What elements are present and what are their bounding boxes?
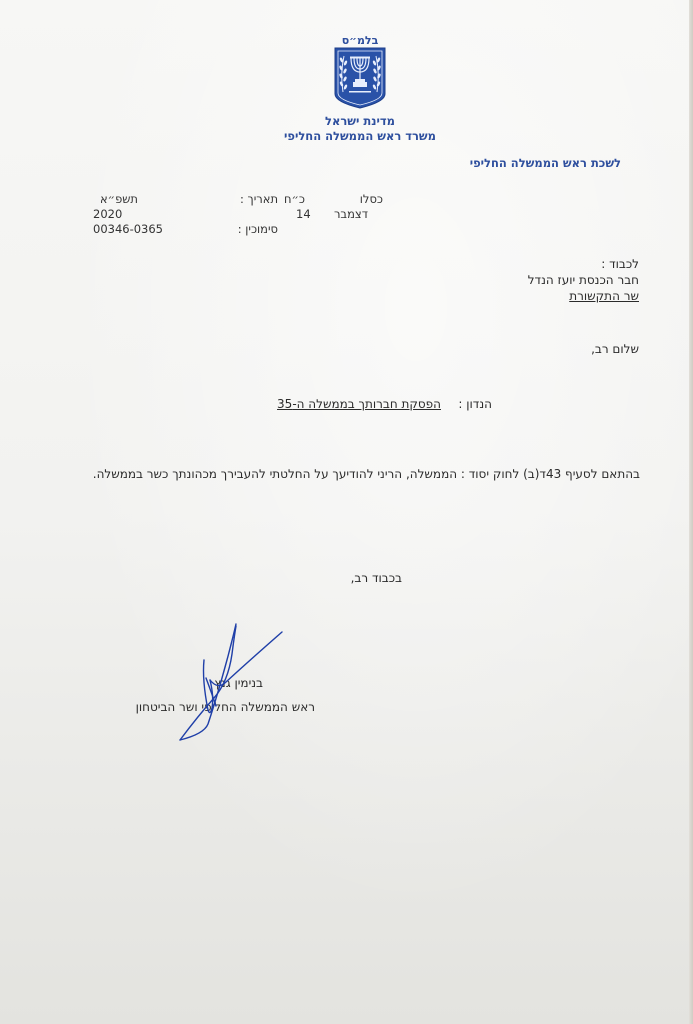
greg-month: דצמבר [334, 207, 368, 221]
hebrew-day: כ״ח [284, 192, 305, 206]
subject-label: הנדון : [458, 397, 492, 411]
letter-page: בלמ״ס [0, 0, 693, 1024]
state-of-israel-emblem-icon [333, 46, 387, 110]
reference-number: 00346-0365 [93, 222, 163, 236]
hebrew-month: כסלו [360, 192, 383, 206]
greg-day: 14 [296, 207, 311, 221]
page-edge [689, 0, 693, 1024]
greeting: שלום רב, [591, 342, 639, 356]
bureau-name: לשכת ראש הממשלה החליפי [470, 156, 621, 170]
handwritten-signature-icon [170, 620, 290, 745]
state-name: מדינת ישראל [280, 114, 440, 128]
reference-label: סימוכין : [238, 222, 278, 236]
recipient-salutation: לכבוד : [601, 257, 639, 271]
greg-year: 2020 [93, 207, 122, 221]
body-paragraph: בהתאם לסעיף 43ד(ב) לחוק יסוד : הממשלה, ה… [80, 461, 640, 487]
recipient-name: חבר הכנסת יועז הנדל [528, 273, 639, 287]
closing: בכבוד רב, [351, 571, 402, 585]
ministry-name: משרד ראש הממשלה החליפי [260, 129, 460, 143]
recipient-title: שר התקשורת [569, 289, 639, 303]
date-label: תאריך : [240, 192, 278, 206]
subject-text: הפסקת חברותך בממשלה ה-35 [277, 397, 441, 411]
hebrew-year: תשפ״א [100, 192, 138, 206]
